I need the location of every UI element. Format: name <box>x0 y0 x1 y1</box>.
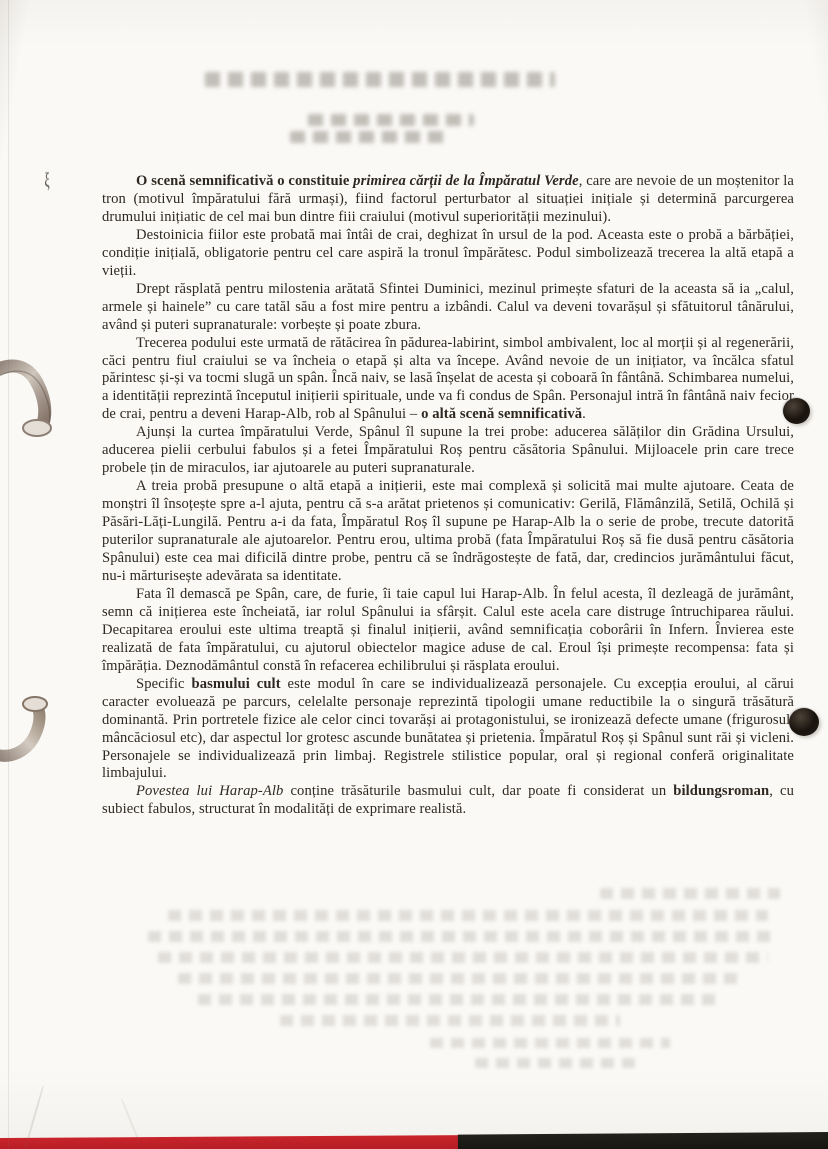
bleed-through-line <box>198 994 718 1005</box>
text-run: Specific <box>136 676 192 692</box>
text-run: Drept răsplată pentru milostenia arătată… <box>102 281 794 333</box>
paragraph: Drept răsplată pentru milostenia arătată… <box>102 281 794 335</box>
paragraph: Ajunși la curtea împăratului Verde, Spân… <box>102 424 794 478</box>
text-run: bildungsroman <box>673 783 769 799</box>
bleed-through-heading <box>205 72 555 87</box>
bleed-through-line <box>158 952 768 963</box>
bleed-through-subheading <box>308 114 474 126</box>
text-run: Ajunși la curtea împăratului Verde, Spân… <box>102 424 794 476</box>
document-text: O scenă semnificativă o constituie primi… <box>102 173 794 819</box>
text-run: Fata îl demască pe Spân, care, de furie,… <box>102 586 794 674</box>
paragraph: O scenă semnificativă o constituie primi… <box>102 173 794 227</box>
text-run: conține trăsăturile basmului cult, dar p… <box>283 783 673 799</box>
text-run: O scenă semnificativă o constituie <box>136 173 353 189</box>
bleed-through-subheading <box>290 131 448 143</box>
text-run: Destoinicia fiilor este probată mai întâ… <box>102 227 794 279</box>
bleed-through-line <box>600 888 780 899</box>
bleed-through-line <box>475 1058 635 1068</box>
paragraph: Specific basmului cult este modul în car… <box>102 676 794 784</box>
paragraph: A treia probă presupune o altă etapă a i… <box>102 478 794 586</box>
text-run: Povestea lui Harap-Alb <box>136 783 283 799</box>
red-folder-edge <box>0 1135 464 1149</box>
black-folder-edge <box>458 1132 828 1149</box>
paragraph: Povestea lui Harap-Alb conține trăsături… <box>102 783 794 819</box>
binder-clip-icon <box>0 688 62 766</box>
text-run: . <box>582 406 586 422</box>
punch-hole <box>783 398 810 424</box>
paragraph: Destoinicia fiilor este probată mai întâ… <box>102 227 794 281</box>
margin-annotation-mark: ξ <box>45 170 50 193</box>
text-run: basmului cult <box>192 676 281 692</box>
bleed-through-line <box>148 931 778 942</box>
text-run: A treia probă presupune o altă etapă a i… <box>102 478 794 584</box>
bleed-through-line <box>178 973 743 984</box>
paragraph: Fata îl demască pe Spân, care, de furie,… <box>102 586 794 676</box>
bleed-through-line <box>280 1015 620 1026</box>
punch-hole <box>789 708 819 736</box>
binder-clip-icon <box>0 355 70 447</box>
text-run: o altă scenă semnificativă <box>421 406 582 422</box>
bleed-through-line <box>168 910 768 921</box>
paragraph: Trecerea podului este urmată de rătăcire… <box>102 335 794 425</box>
text-run: primirea cărții de la Împăratul Verde <box>353 173 579 189</box>
scanned-document-page: ξ O scenă semnificativă o constituie pri… <box>0 0 828 1149</box>
bleed-through-line <box>430 1038 670 1048</box>
